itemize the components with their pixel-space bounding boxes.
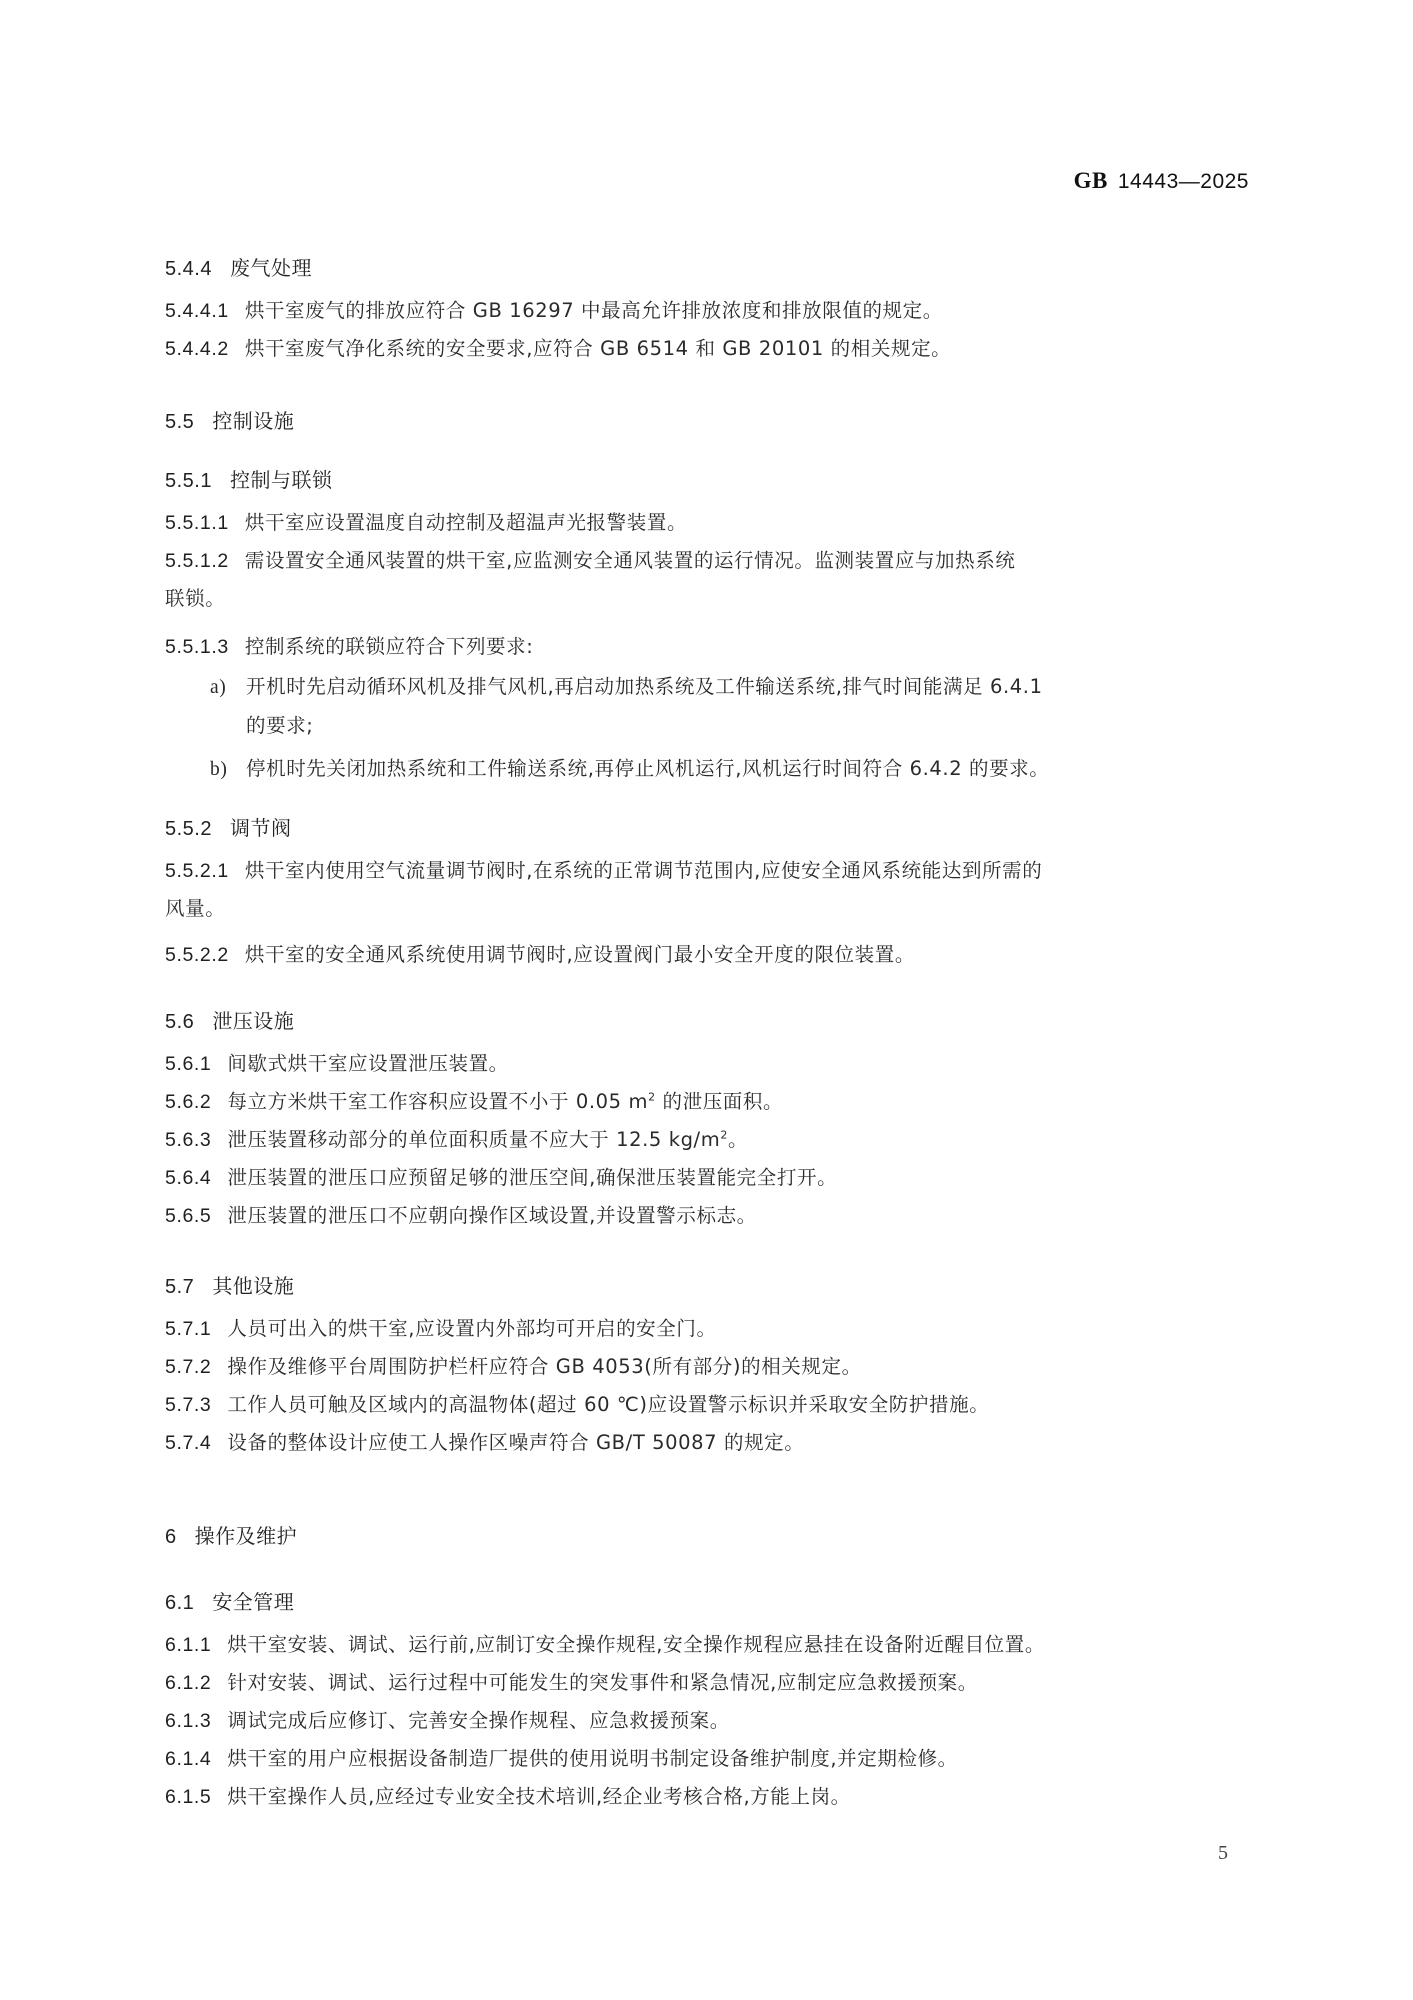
- clause-5-4-4-2: 5.4.4.2烘干室废气净化系统的安全要求,应符合 GB 6514 和 GB 2…: [165, 330, 1265, 368]
- clause-number: 5.4.4.2: [165, 338, 229, 360]
- clause-number: 5.5.1: [165, 470, 212, 493]
- document-page: GB14443—2025 5.4.4废气处理 5.4.4.1烘干室废气的排放应符…: [0, 0, 1413, 2000]
- clause-5-6-1: 5.6.1间歇式烘干室应设置泄压装置。: [165, 1045, 1265, 1083]
- clause-5-5-2-1-continued: 风量。: [165, 890, 1265, 928]
- clause-text: 烘干室操作人员,应经过专业安全技术培训,经企业考核合格,方能上岗。: [227, 1785, 850, 1808]
- clause-text: 泄压装置的泄压口不应朝向操作区域设置,并设置警示标志。: [227, 1204, 756, 1227]
- clause-text: 烘干室废气的排放应符合 GB 16297 中最高允许排放浓度和排放限值的规定。: [245, 299, 943, 322]
- clause-number: 6.1.4: [165, 1748, 211, 1770]
- list-text-continued: 的要求;: [210, 707, 1265, 745]
- clause-title: 控制设施: [212, 409, 294, 433]
- clause-number: 5.7.2: [165, 1356, 211, 1378]
- clause-number: 5.5.1.2: [165, 550, 229, 572]
- clause-number: 6.1: [165, 1592, 194, 1615]
- list-text: 停机时先关闭加热系统和工件输送系统,再停止风机运行,风机运行时间符合 6.4.2…: [246, 757, 1049, 780]
- clause-number: 5.6: [165, 1011, 194, 1034]
- clause-title: 操作及维护: [195, 1524, 298, 1548]
- clause-number: 6.1.1: [165, 1634, 211, 1656]
- superscript: 2: [648, 1091, 656, 1104]
- clause-title: 废气处理: [230, 256, 312, 280]
- clause-6-1-3: 6.1.3调试完成后应修订、完善安全操作规程、应急救援预案。: [165, 1702, 1265, 1740]
- list-text: 开机时先启动循环风机及排气风机,再启动加热系统及工件输送系统,排气时间能满足 6…: [246, 675, 1043, 698]
- clause-5-5-1-1: 5.5.1.1烘干室应设置温度自动控制及超温声光报警装置。: [165, 504, 1265, 542]
- heading-5-4-4: 5.4.4废气处理: [165, 252, 1265, 281]
- page-number: 5: [1218, 1842, 1228, 1865]
- clause-text: 人员可出入的烘干室,应设置内外部均可开启的安全门。: [227, 1317, 716, 1340]
- clause-number: 5.7.1: [165, 1318, 211, 1340]
- clause-5-5-2-1: 5.5.2.1烘干室内使用空气流量调节阀时,在系统的正常调节范围内,应使安全通风…: [165, 852, 1265, 890]
- clause-5-5-1-2-continued: 联锁。: [165, 580, 1265, 618]
- clause-text: 联锁。: [165, 587, 225, 610]
- clause-6-1-1: 6.1.1烘干室安装、调试、运行前,应制订安全操作规程,安全操作规程应悬挂在设备…: [165, 1626, 1265, 1664]
- clause-title: 调节阀: [230, 816, 292, 840]
- heading-6: 6操作及维护: [165, 1520, 1265, 1549]
- heading-6-1: 6.1安全管理: [165, 1586, 1265, 1615]
- clause-number: 5.7.4: [165, 1432, 211, 1454]
- clause-number: 6.1.5: [165, 1786, 211, 1808]
- clause-number: 6.1.3: [165, 1710, 211, 1732]
- clause-5-6-3: 5.6.3泄压装置移动部分的单位面积质量不应大于 12.5 kg/m2。: [165, 1121, 1265, 1159]
- clause-number: 6: [165, 1526, 177, 1549]
- clause-text: 烘干室安装、调试、运行前,应制订安全操作规程,安全操作规程应悬挂在设备附近醒目位…: [227, 1633, 1045, 1656]
- clause-number: 5.5.2: [165, 818, 212, 841]
- clause-6-1-5: 6.1.5烘干室操作人员,应经过专业安全技术培训,经企业考核合格,方能上岗。: [165, 1778, 1265, 1816]
- clause-5-5-1-3: 5.5.1.3控制系统的联锁应符合下列要求:: [165, 628, 1265, 666]
- clause-number: 6.1.2: [165, 1672, 211, 1694]
- clause-5-5-2-2: 5.5.2.2烘干室的安全通风系统使用调节阀时,应设置阀门最小安全开度的限位装置…: [165, 936, 1265, 974]
- clause-text: 工作人员可触及区域内的高温物体(超过 60 ℃)应设置警示标识并采取安全防护措施…: [227, 1393, 989, 1416]
- heading-5-6: 5.6泄压设施: [165, 1005, 1265, 1034]
- clause-text: 针对安装、调试、运行过程中可能发生的突发事件和紧急情况,应制定应急救援预案。: [227, 1671, 978, 1694]
- superscript: 2: [720, 1129, 728, 1142]
- clause-title: 泄压设施: [212, 1009, 294, 1033]
- clause-text: 间歇式烘干室应设置泄压装置。: [227, 1052, 508, 1075]
- clause-text: 每立方米烘干室工作容积应设置不小于 0.05 m: [227, 1090, 648, 1113]
- clause-number: 5.5.1.3: [165, 636, 229, 658]
- clause-6-1-4: 6.1.4烘干室的用户应根据设备制造厂提供的使用说明书制定设备维护制度,并定期检…: [165, 1740, 1265, 1778]
- clause-text: 操作及维修平台周围防护栏杆应符合 GB 4053(所有部分)的相关规定。: [227, 1355, 861, 1378]
- clause-6-1-2: 6.1.2针对安装、调试、运行过程中可能发生的突发事件和紧急情况,应制定应急救援…: [165, 1664, 1265, 1702]
- standard-number: 14443—2025: [1118, 170, 1249, 193]
- clause-number: 5.6.5: [165, 1205, 211, 1227]
- clause-number: 5.7: [165, 1276, 194, 1299]
- standard-prefix: GB: [1074, 168, 1108, 193]
- clause-number: 5.5.2.1: [165, 860, 229, 882]
- clause-text: 烘干室应设置温度自动控制及超温声光报警装置。: [245, 511, 687, 534]
- clause-number: 5.6.4: [165, 1167, 211, 1189]
- clause-number: 5.4.4.1: [165, 300, 229, 322]
- heading-5-5-2: 5.5.2调节阀: [165, 812, 1265, 841]
- clause-number: 5.6.2: [165, 1091, 211, 1113]
- clause-text: 烘干室的安全通风系统使用调节阀时,应设置阀门最小安全开度的限位装置。: [245, 943, 915, 966]
- clause-5-6-2: 5.6.2每立方米烘干室工作容积应设置不小于 0.05 m2 的泄压面积。: [165, 1083, 1265, 1121]
- clause-5-6-4: 5.6.4泄压装置的泄压口应预留足够的泄压空间,确保泄压装置能完全打开。: [165, 1159, 1265, 1197]
- clause-text-tail: 。: [728, 1128, 748, 1151]
- standard-number-header: GB14443—2025: [1074, 168, 1249, 194]
- clause-5-7-3: 5.7.3工作人员可触及区域内的高温物体(超过 60 ℃)应设置警示标识并采取安…: [165, 1386, 1265, 1424]
- clause-5-7-4: 5.7.4设备的整体设计应使工人操作区噪声符合 GB/T 50087 的规定。: [165, 1424, 1265, 1462]
- clause-text: 调试完成后应修订、完善安全操作规程、应急救援预案。: [227, 1709, 730, 1732]
- clause-number: 5.5.1.1: [165, 512, 229, 534]
- heading-5-5: 5.5控制设施: [165, 405, 1265, 434]
- clause-number: 5.4.4: [165, 258, 212, 281]
- clause-title: 安全管理: [212, 1590, 294, 1614]
- list-marker: b): [210, 751, 246, 789]
- clause-number: 5.7.3: [165, 1394, 211, 1416]
- clause-5-7-2: 5.7.2操作及维修平台周围防护栏杆应符合 GB 4053(所有部分)的相关规定…: [165, 1348, 1265, 1386]
- clause-number: 5.5: [165, 411, 194, 434]
- clause-text: 泄压装置的泄压口应预留足够的泄压空间,确保泄压装置能完全打开。: [227, 1166, 837, 1189]
- clause-number: 5.6.1: [165, 1053, 211, 1075]
- clause-5-4-4-1: 5.4.4.1烘干室废气的排放应符合 GB 16297 中最高允许排放浓度和排放…: [165, 292, 1265, 330]
- clause-text: 泄压装置移动部分的单位面积质量不应大于 12.5 kg/m: [227, 1128, 720, 1151]
- clause-5-7-1: 5.7.1人员可出入的烘干室,应设置内外部均可开启的安全门。: [165, 1310, 1265, 1348]
- clause-title: 其他设施: [212, 1274, 294, 1298]
- list-item-a: a)开机时先启动循环风机及排气风机,再启动加热系统及工件输送系统,排气时间能满足…: [210, 668, 1265, 745]
- heading-5-7: 5.7其他设施: [165, 1270, 1265, 1299]
- heading-5-5-1: 5.5.1控制与联锁: [165, 464, 1265, 493]
- clause-text: 设备的整体设计应使工人操作区噪声符合 GB/T 50087 的规定。: [227, 1431, 804, 1454]
- clause-5-5-1-2: 5.5.1.2需设置安全通风装置的烘干室,应监测安全通风装置的运行情况。监测装置…: [165, 542, 1265, 580]
- clause-5-6-5: 5.6.5泄压装置的泄压口不应朝向操作区域设置,并设置警示标志。: [165, 1197, 1265, 1235]
- clause-text: 控制系统的联锁应符合下列要求:: [245, 635, 534, 658]
- clause-text: 烘干室废气净化系统的安全要求,应符合 GB 6514 和 GB 20101 的相…: [245, 337, 951, 360]
- clause-text: 风量。: [165, 897, 225, 920]
- list-marker: a): [210, 669, 246, 707]
- clause-title: 控制与联锁: [230, 468, 333, 492]
- clause-text-tail: 的泄压面积。: [656, 1090, 783, 1113]
- clause-number: 5.6.3: [165, 1129, 211, 1151]
- clause-text: 需设置安全通风装置的烘干室,应监测安全通风装置的运行情况。监测装置应与加热系统: [245, 549, 1016, 572]
- clause-text: 烘干室的用户应根据设备制造厂提供的使用说明书制定设备维护制度,并定期检修。: [227, 1747, 957, 1770]
- clause-text: 烘干室内使用空气流量调节阀时,在系统的正常调节范围内,应使安全通风系统能达到所需…: [245, 859, 1043, 882]
- list-item-b: b)停机时先关闭加热系统和工件输送系统,再停止风机运行,风机运行时间符合 6.4…: [210, 750, 1265, 789]
- clause-number: 5.5.2.2: [165, 944, 229, 966]
